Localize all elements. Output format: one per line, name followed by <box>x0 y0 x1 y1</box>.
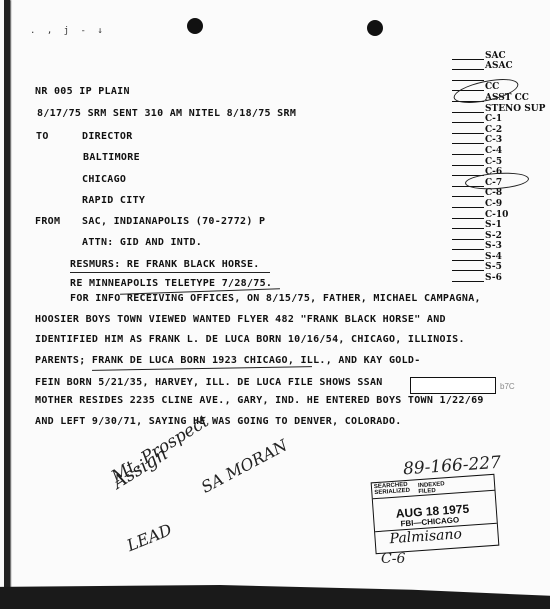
routing-item: C-8 <box>452 188 550 199</box>
routing-item: C-3 <box>452 135 550 146</box>
body-line-3: IDENTIFIED HIM AS FRANK L. DE LUCA BORN … <box>35 334 465 346</box>
routing-item: STENO SUP <box>452 103 550 114</box>
redaction-code: b7C <box>500 382 515 391</box>
teletype-document: . , j - ↓ NR 005 IP PLAIN 8/17/75 SRM SE… <box>0 0 550 609</box>
body-line-5: FEIN BORN 5/21/35, HARVEY, ILL. DE LUCA … <box>35 377 383 389</box>
handwritten-lead: LEAD <box>124 520 174 555</box>
recipient-baltimore: BALTIMORE <box>83 152 140 164</box>
routing-item: C-10 <box>452 209 550 220</box>
reference-teletype: RE MINNEAPOLIS TELETYPE 7/28/75. <box>70 278 272 290</box>
transmission-line: 8/17/75 SRM SENT 310 AM NITEL 8/18/75 SR… <box>37 108 296 120</box>
routing-item: S-5 <box>452 262 550 273</box>
routing-item: ASAC <box>452 61 550 72</box>
routing-item: S-4 <box>452 251 550 262</box>
routing-item: C-9 <box>452 198 550 209</box>
body-line-2: HOOSIER BOYS TOWN VIEWED WANTED FLYER 48… <box>35 314 446 326</box>
message-number: NR 005 IP PLAIN <box>35 86 130 98</box>
body-line-6: MOTHER RESIDES 2235 CLINE AVE., GARY, IN… <box>35 395 484 407</box>
recipient-director: DIRECTOR <box>82 131 133 143</box>
recipient-chicago: CHICAGO <box>82 174 126 186</box>
scan-edge-left <box>4 0 10 592</box>
punch-hole <box>367 20 383 36</box>
routing-item: C-1 <box>452 114 550 125</box>
routing-item: C-4 <box>452 145 550 156</box>
underline <box>70 272 270 273</box>
routing-item: C-5 <box>452 156 550 167</box>
resmurs-line: RESMURS: RE FRANK BLACK HORSE. <box>70 259 260 271</box>
routing-item: S-3 <box>452 241 550 252</box>
fbi-receipt-stamp: SEARCHEDSERIALIZED INDEXEDFILED AUG 18 1… <box>371 474 500 554</box>
from-label: FROM <box>35 216 60 228</box>
scan-specks: . , j - ↓ <box>30 26 106 36</box>
handwritten-agent: SA MORAN <box>198 436 291 497</box>
attention-line: ATTN: GID AND INTD. <box>82 237 202 249</box>
body-line-4: PARENTS; FRANK DE LUCA BORN 1923 CHICAGO… <box>35 355 421 367</box>
body-line-1: FOR INFO RECEIVING OFFICES, ON 8/15/75, … <box>70 293 481 305</box>
routing-item: C-2 <box>452 124 550 135</box>
routing-item: SAC <box>452 50 550 61</box>
routing-item: S-1 <box>452 220 550 231</box>
routing-item: S-6 <box>452 272 550 283</box>
body-line-7: AND LEFT 9/30/71, SAYING HE WAS GOING TO… <box>35 416 402 428</box>
punch-hole <box>187 18 203 34</box>
from-value: SAC, INDIANAPOLIS (70-2772) P <box>82 216 265 228</box>
routing-item: S-2 <box>452 230 550 241</box>
to-label: TO <box>36 131 49 143</box>
scan-edge-bottom <box>0 585 550 609</box>
redaction-box <box>410 377 496 394</box>
stamp-searched: SEARCHEDSERIALIZED <box>374 482 410 496</box>
recipient-rapid-city: RAPID CITY <box>82 195 145 207</box>
